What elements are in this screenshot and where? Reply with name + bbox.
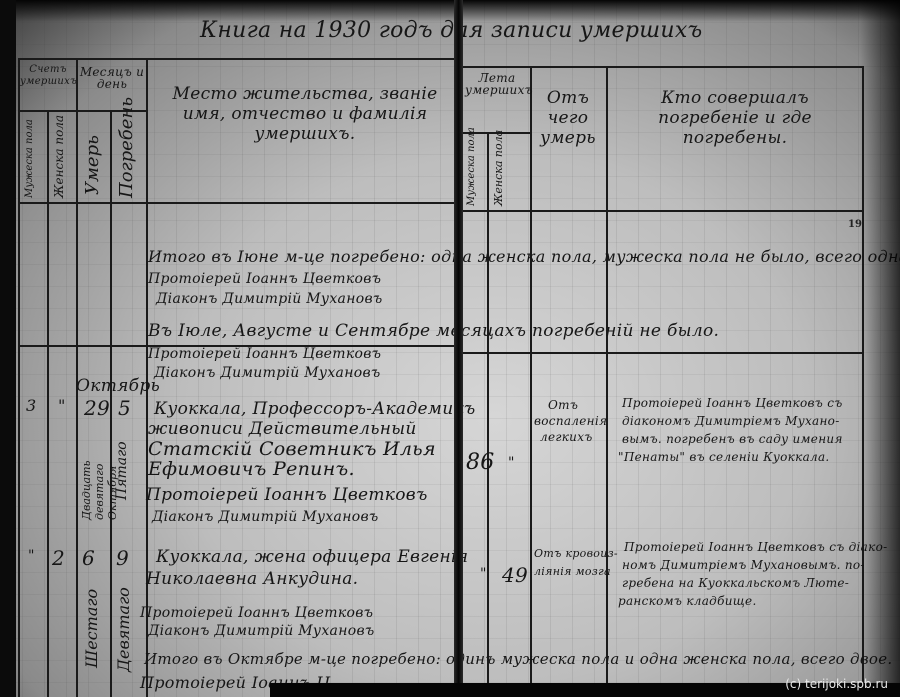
signature-deacon: Діаконъ Димитрій Мухановъ — [154, 364, 381, 382]
record-count-male: 3 — [26, 396, 36, 415]
record-cause-line: воспаленія — [534, 414, 607, 429]
summary-june: Итого въ Іюне м-це погребено: одна женск… — [148, 246, 900, 268]
signature-priest: Протоіерей Іоаннъ Цветковъ — [148, 270, 381, 288]
record-buried-words: Пятаго — [114, 441, 130, 500]
signature-priest: Протоіерей Іоаннъ Цветковъ — [140, 604, 373, 622]
record-burial-line: номъ Димитріемъ Мухановымъ. по- — [622, 558, 865, 573]
header-age-male: Мужеска пола — [466, 127, 477, 206]
row-line — [463, 352, 863, 354]
record-cause-line: Отъ кровоиз- — [534, 546, 618, 561]
signature-deacon: Діаконъ Димитрій Мухановъ — [148, 622, 375, 640]
record-burial-line: "Пенаты" въ селеніи Куоккала. — [618, 450, 830, 465]
header-count-group: Счетъ умершихъ — [20, 64, 76, 88]
header-month-day-group: Месяцъ и день — [78, 66, 146, 90]
col-line — [487, 132, 489, 697]
header-age-female: Женска пола — [492, 130, 505, 206]
record-cause-line: Отъ — [548, 398, 578, 413]
record-buried-day: 9 — [116, 546, 129, 570]
header-bottom-line — [18, 202, 454, 204]
record-age-male: 86 — [466, 450, 495, 475]
record-residence-line: Куоккала, жена офицера Евгенія — [156, 546, 468, 568]
record-age-female: " — [508, 455, 515, 471]
record-count-male: " — [28, 548, 35, 564]
record-age-male: " — [480, 566, 487, 582]
header-count-female: Женска пола — [52, 115, 66, 198]
col-line — [47, 110, 49, 697]
summary-jul-sep: Въ Іюле, Августе и Сентябре месяцахъ пог… — [148, 320, 719, 342]
header-cause: Отъ чего умерь — [534, 88, 602, 148]
record-buried-words: Девятаго — [114, 587, 133, 672]
watermark: (c) terijoki.spb.ru — [785, 677, 888, 691]
header-died: Умерь — [82, 135, 103, 195]
record-residence-line: Куоккала, Профессоръ-Академикъ — [154, 398, 476, 420]
record-residence-line: Ефимовичъ Репинъ. — [148, 458, 355, 480]
record-burial-line: ранскомъ кладбище. — [618, 594, 757, 609]
signature-deacon: Діаконъ Димитрій Мухановъ — [152, 508, 379, 526]
header-buried: Погребень — [116, 97, 137, 198]
record-cause-line: ліянія мозга — [534, 564, 611, 579]
record-burial-line: вымъ. погребенъ въ саду имения — [622, 432, 843, 447]
summary-october: Итого въ Октябре м-це погребено: одинъ м… — [144, 648, 892, 670]
record-count-female: " — [58, 396, 66, 415]
record-residence-line: Николаевна Анкудина. — [146, 568, 358, 590]
signature-deacon: Діаконъ Димитрій Мухановъ — [156, 290, 383, 308]
header-burial: Кто совершалъ погребеніе и где погребены… — [620, 88, 850, 148]
record-cause-line: легкихъ — [540, 430, 593, 445]
header-top-line — [463, 66, 863, 68]
header-top-line — [18, 58, 454, 60]
record-burial-line: Протоіерей Іоаннъ Цветковъ съ діако- — [624, 540, 887, 555]
book-gutter — [454, 0, 463, 697]
col-line — [606, 66, 608, 697]
record-residence-line: живописи Действительный — [148, 418, 417, 440]
record-died-day: 29 — [84, 396, 110, 420]
top-shadow — [0, 0, 900, 22]
col-line — [18, 58, 20, 697]
record-age-female: 49 — [502, 563, 528, 587]
header-residence: Место жительства, званіе имя, отчество и… — [160, 84, 450, 144]
signature-priest: Протоіерей Іоаннъ Цветковъ — [146, 486, 428, 504]
header-bottom-line — [463, 210, 863, 212]
record-burial-line: гребена на Куоккальскомъ Люте- — [622, 576, 849, 591]
record-burial-line: Протоіерей Іоаннъ Цветковъ съ — [622, 396, 843, 411]
col-line — [530, 66, 532, 697]
record-month: Октябрь — [76, 376, 160, 396]
header-age-group: Лета умершихъ — [465, 72, 529, 96]
record-residence-line: Статскій Советникъ Илья — [148, 438, 436, 460]
signature-priest: Протоіерей Іоаннъ Цветковъ — [148, 345, 381, 363]
record-buried-day: 5 — [118, 396, 131, 420]
right-page-edge — [860, 0, 900, 697]
record-count-female: 2 — [52, 546, 65, 570]
record-burial-line: діакономъ Димитріемъ Мухано- — [622, 414, 840, 429]
col-line — [110, 110, 112, 697]
record-died-day: 6 — [82, 546, 95, 570]
header-count-male: Мужеска пола — [24, 119, 35, 198]
left-page-edge — [0, 0, 16, 697]
record-died-words: Шестаго — [82, 589, 101, 668]
